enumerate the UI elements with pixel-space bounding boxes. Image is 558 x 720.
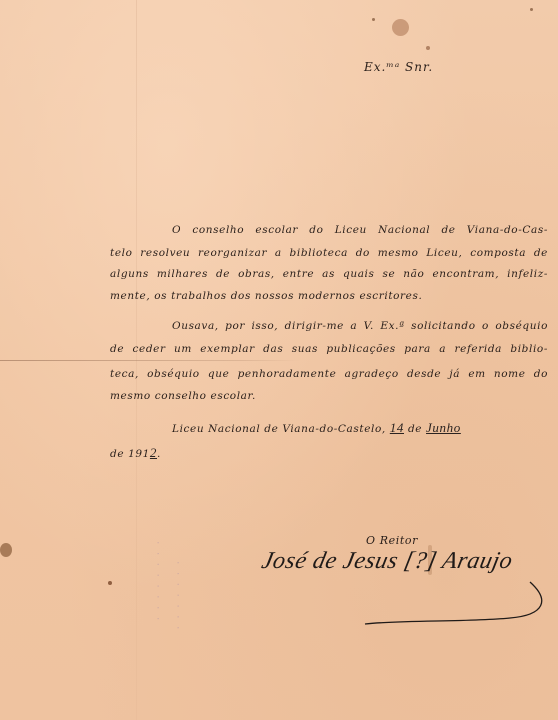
- dateline-place: Liceu Nacional de Viana-do-Castelo,: [172, 423, 386, 435]
- dateline-de: de: [408, 423, 422, 435]
- faint-offset-ink: · · · · · · · ·: [152, 540, 162, 621]
- body-line: de ceder um exemplar das suas publicaçõe…: [110, 343, 548, 355]
- dateline-year-prefix: de 191: [110, 448, 150, 460]
- signature: José de Jesus [?] Araujo: [259, 548, 515, 575]
- faint-offset-ink: · · · · · · ·: [172, 560, 182, 630]
- fold-line-horizontal: [0, 360, 300, 361]
- paper-stain: [372, 18, 375, 21]
- body-line: alguns milhares de obras, entre as quais…: [110, 268, 548, 280]
- body-line: telo resolveu reorganizar a biblioteca d…: [110, 247, 548, 259]
- dateline-year-digit: 2: [150, 445, 157, 460]
- salutation: Ex.ᵐᵃ Snr.: [364, 60, 433, 74]
- signature-flourish: [360, 580, 558, 630]
- dateline-month: Junho: [426, 420, 461, 435]
- dateline-year: de 1912.: [110, 445, 161, 461]
- body-line: teca, obséquio que penhoradamente agrade…: [110, 368, 548, 380]
- fold-line-vertical: [136, 0, 137, 720]
- body-line: Ousava, por isso, dirigir-me a V. Ex.ª s…: [172, 320, 548, 332]
- paper-stain: [108, 581, 112, 585]
- closing-title: O Reitor: [366, 534, 418, 547]
- paper-stain: [392, 19, 409, 36]
- paper-stain: [530, 8, 533, 11]
- body-line: mesmo conselho escolar.: [110, 390, 548, 402]
- dateline-day: 14: [390, 420, 404, 435]
- body-line: O conselho escolar do Liceu Nacional de …: [172, 224, 548, 236]
- body-line: mente, os trabalhos dos nossos modernos …: [110, 290, 548, 302]
- dateline: Liceu Nacional de Viana-do-Castelo, 14 d…: [172, 420, 461, 436]
- dateline-end: .: [157, 448, 161, 460]
- letter-page: Ex.ᵐᵃ Snr. O conselho escolar do Liceu N…: [0, 0, 558, 720]
- paper-stain: [426, 46, 430, 50]
- paper-stain: [0, 543, 12, 557]
